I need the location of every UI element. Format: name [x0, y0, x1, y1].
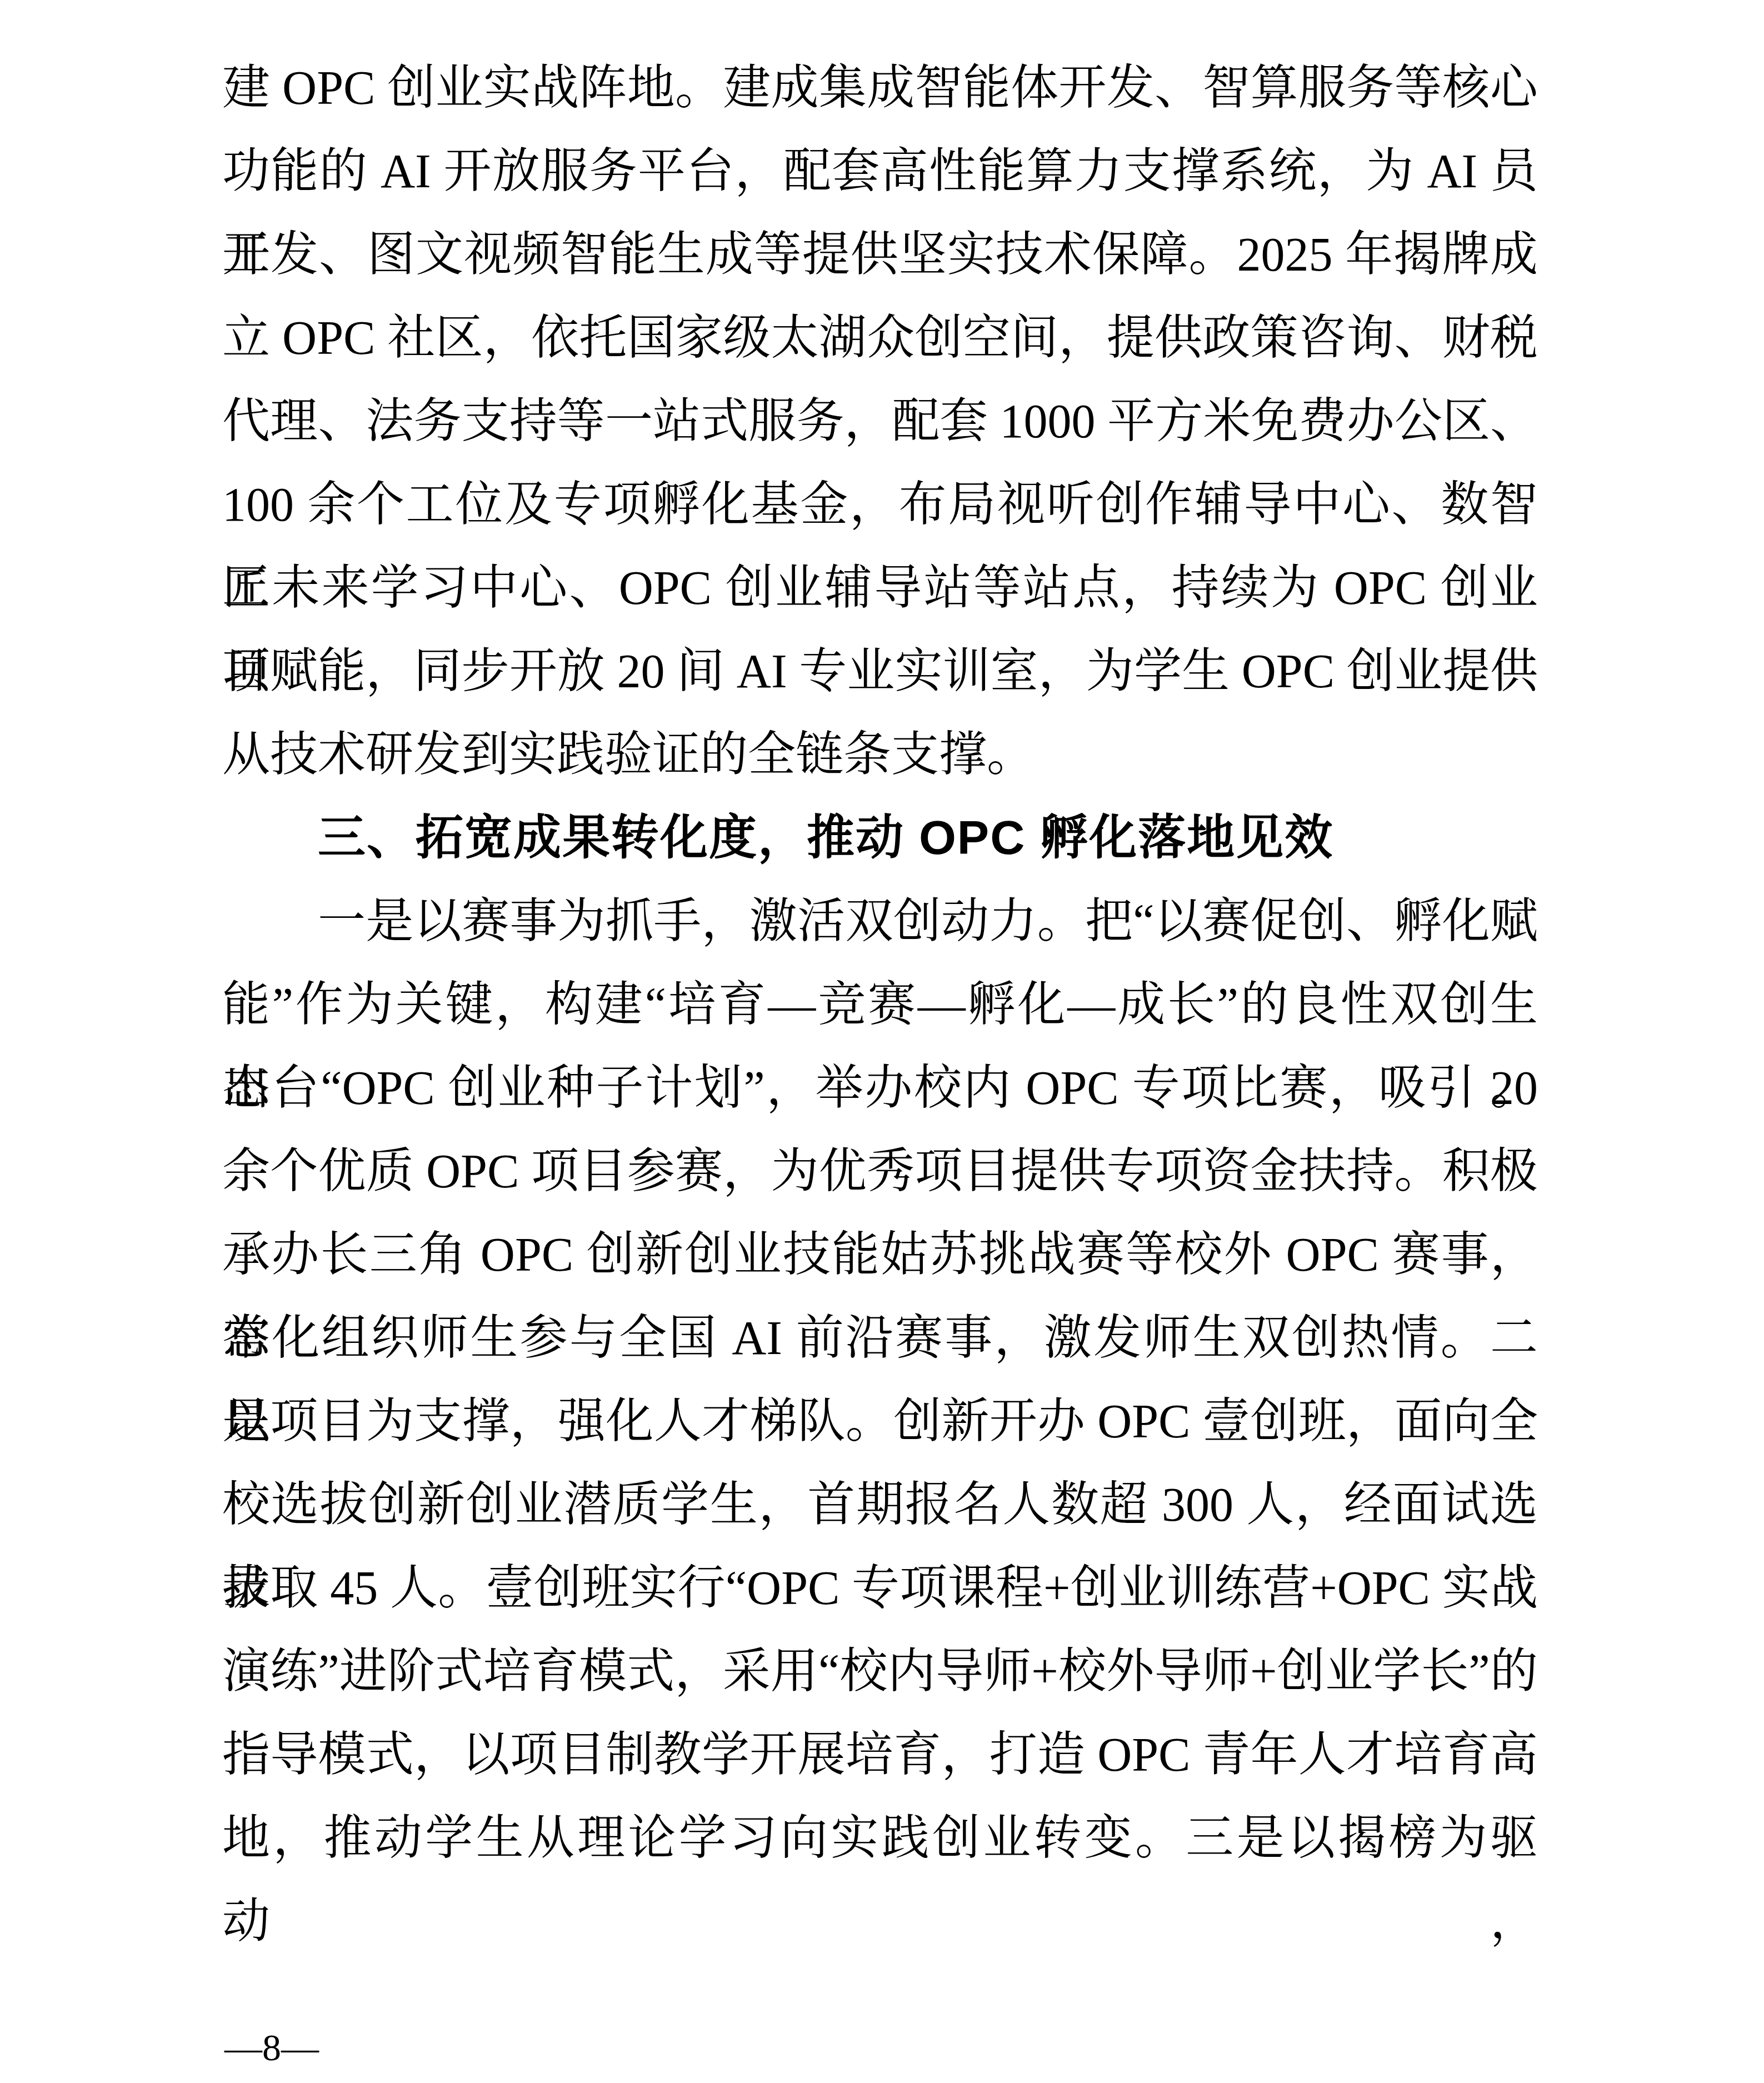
text-line: 能”作为关键，构建“培育—竞赛—孵化—成长”的良性双创生态。 — [222, 963, 1538, 1046]
section-heading: 三、拓宽成果转化度，推动 OPC 孵化落地见效 — [222, 796, 1538, 880]
text-line: 100 余个工位及专项孵化基金，布局视听创作辅导中心、数智工 — [222, 463, 1538, 546]
text-line: 余个优质 OPC 项目参赛，为优秀项目提供专项资金扶持。积极 — [222, 1130, 1538, 1213]
document-page: 建 OPC 创业实战阵地。建成集成智能体开发、智算服务等核心功能的 AI 开放服… — [0, 0, 1764, 2083]
text-line: 录取 45 人。壹创班实行“OPC 专项课程+创业训练营+OPC 实战 — [222, 1546, 1538, 1630]
text-line: 建 OPC 创业实战阵地。建成集成智能体开发、智算服务等核心 — [222, 46, 1538, 129]
text-line: 功能的 AI 开放服务平台，配套高性能算力支撑系统，为 AI 员工 — [222, 129, 1538, 213]
text-line: 一是以赛事为抓手，激活双创动力。把“以赛促创、孵化赋 — [222, 880, 1538, 963]
text-line: 从技术研发到实践验证的全链条支撑。 — [222, 713, 1538, 796]
text-line: 指导模式，以项目制教学开展培育，打造 OPC 青年人才培育高 — [222, 1713, 1538, 1796]
document-body: 建 OPC 创业实战阵地。建成集成智能体开发、智算服务等核心功能的 AI 开放服… — [222, 46, 1538, 1880]
text-line: 代理、法务支持等一站式服务，配套 1000 平方米免费办公区、 — [222, 379, 1538, 463]
text-line: 演练”进阶式培育模式，采用“校内导师+校外导师+创业学长”的 — [222, 1630, 1538, 1713]
text-line: 以项目为支撑，强化人才梯队。创新开办 OPC 壹创班，面向全 — [222, 1380, 1538, 1463]
text-line: 出台“OPC 创业种子计划”，举办校内 OPC 专项比赛，吸引 20 — [222, 1046, 1538, 1130]
text-line: 匠未来学习中心、OPC 创业辅导站等站点，持续为 OPC 创业项 — [222, 546, 1538, 630]
text-line: 开发、图文视频智能生成等提供坚实技术保障。2025 年揭牌成 — [222, 213, 1538, 296]
text-line: 立 OPC 社区，依托国家级太湖众创空间，提供政策咨询、财税 — [222, 296, 1538, 379]
text-line: 校选拔创新创业潜质学生，首期报名人数超 300 人，经面试选拔 — [222, 1463, 1538, 1546]
text-line: 地，推动学生从理论学习向实践创业转变。三是以揭榜为驱动， — [222, 1796, 1538, 1880]
page-number: —8— — [224, 2022, 319, 2072]
text-line: 态化组织师生参与全国 AI 前沿赛事，激发师生双创热情。二是 — [222, 1296, 1538, 1380]
text-line: 承办长三角 OPC 创新创业技能姑苏挑战赛等校外 OPC 赛事，常 — [222, 1213, 1538, 1296]
text-line: 目赋能，同步开放 20 间 AI 专业实训室，为学生 OPC 创业提供 — [222, 630, 1538, 713]
